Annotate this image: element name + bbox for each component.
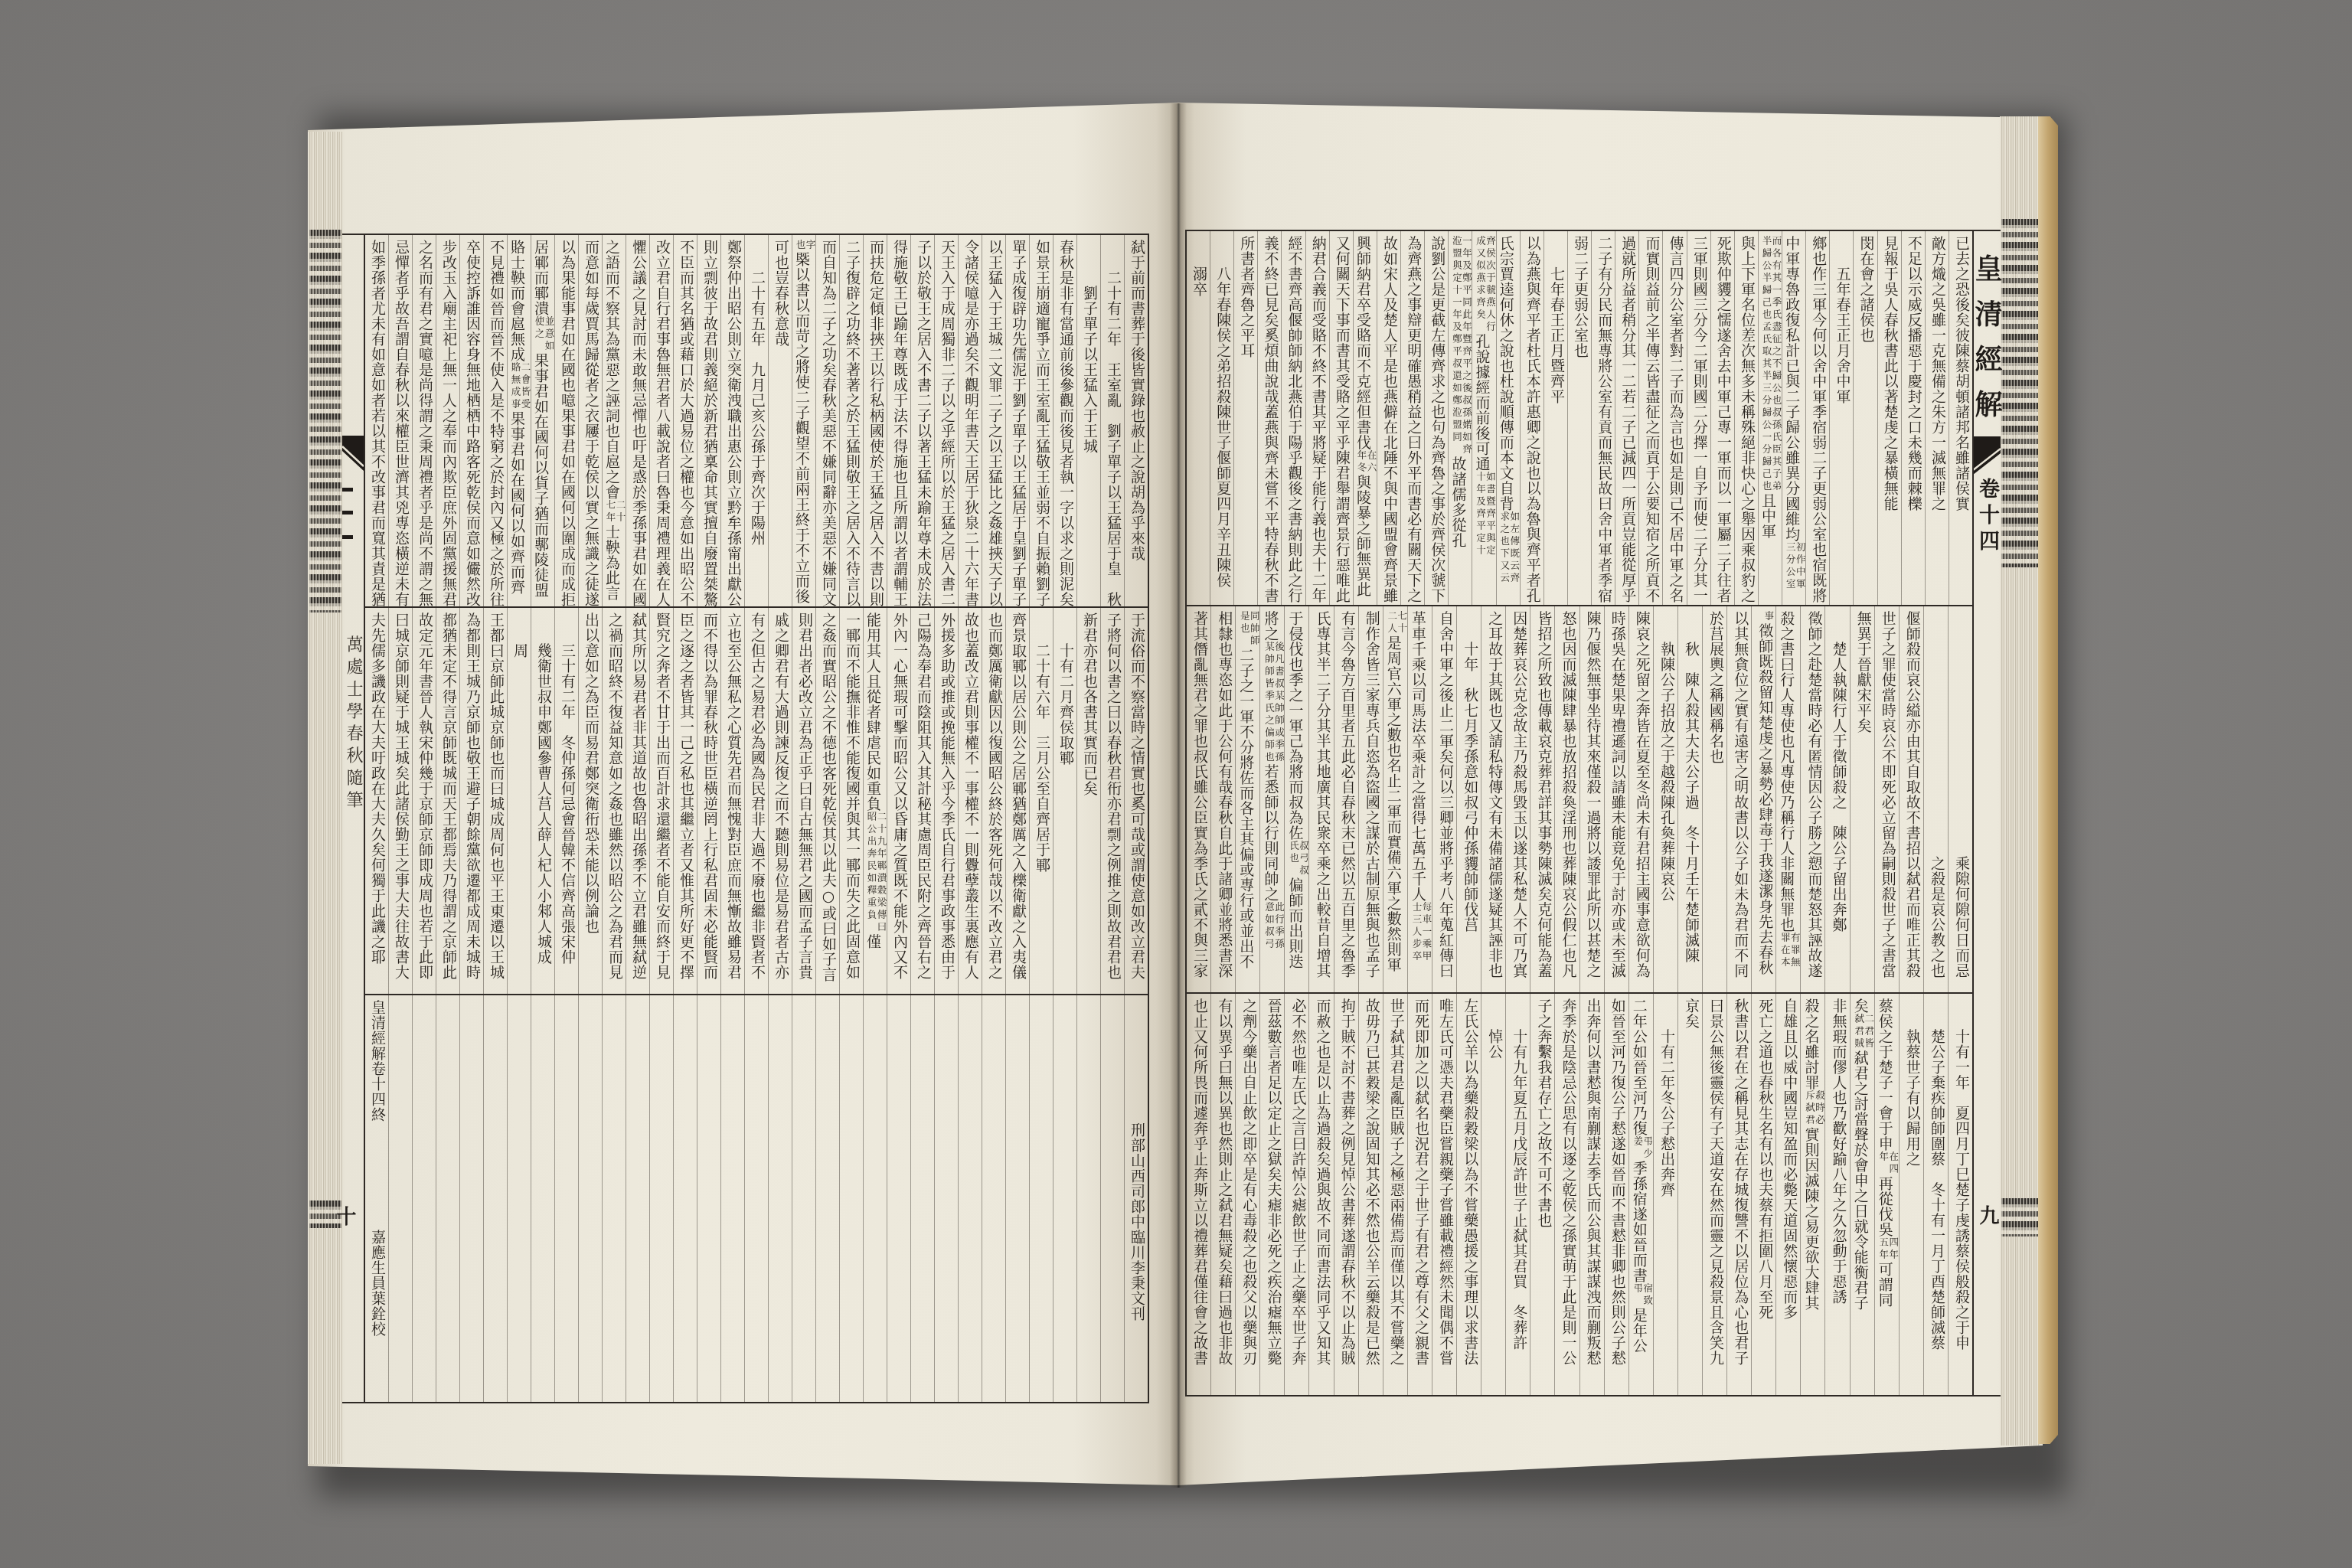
- stack-tick-mark: [342, 488, 353, 492]
- main-text: 也止又何所畏而遽奔乎止奔斯立以禮葬君僅往會之故書: [1191, 998, 1208, 1366]
- text-column: [1029, 995, 1053, 1402]
- text-column: 王都曰京師此城京師也而曰城成周何也平王東遷以王城: [483, 608, 507, 994]
- text-column: 秋 陳人殺其大夫公子過 冬十月壬午楚師滅陳: [1677, 606, 1702, 992]
- stack-tick-mark: [342, 511, 353, 514]
- text-column: [626, 995, 649, 1402]
- main-text: 出奔何以書慭與南蒯謀去季氏而公與其謀謀洩而蒯叛慭: [1585, 998, 1602, 1366]
- text-column: 陳哀之死留之奔皆在夏至冬尚未有君招主國事意欲何為: [1628, 606, 1653, 992]
- text-column: 相隸也專恣如此于公何有哉春秋自此于諸卿並將悉書深: [1210, 606, 1235, 992]
- main-text: 不見禮如晉而晉不使入是不特窮之於封內又極之於所往: [488, 240, 505, 606]
- text-column: 刑部山西司郎中臨川李秉文刊: [1124, 995, 1148, 1402]
- text-column: 之殺是哀公教之也: [1923, 606, 1948, 992]
- text-column: 卒使控訴誰因容身無地栖栖中路客死乾侯而意如儼然改: [459, 235, 483, 606]
- main-text: 令諸侯噫是亦過矣不觀明年書天王居于狄泉二十六年書: [962, 240, 979, 606]
- main-text: 都猶未定不得言京師既城而天王都焉夫乃得謂之京師此: [440, 612, 457, 980]
- main-text: 而實則益前之半傳云皆盡征之而貢于公要知宿之所貢不: [1643, 236, 1660, 603]
- main-text: 必不然也唯左氏之言曰許悼公瘧飲世子止之藥卒世子奔: [1289, 998, 1306, 1366]
- text-column: 有言今魯方百里者五此必自春秋末已然以五百里之魯季: [1334, 606, 1358, 992]
- annotation-note: 二會皆受賂無成事: [511, 362, 531, 411]
- banxin-volume-number: 卷十四: [1975, 478, 1999, 556]
- annotation-note: 每車一乘甲士三人步卒: [1412, 902, 1432, 963]
- fish-tail-mark-icon: [1973, 436, 2001, 475]
- main-text: 賢究之奔者不甘于出而百計求還繼者不能自安而終于見: [654, 612, 671, 980]
- text-column: [1005, 995, 1029, 1402]
- main-text: 可謂同: [1877, 1262, 1893, 1308]
- main-text: 再從伐吳: [1877, 1176, 1893, 1237]
- text-column: 春秋是非有當通前後參觀而後見者執一字以求之則泥矣: [1053, 235, 1076, 606]
- annotation-note: 有罪無罪在本: [1780, 933, 1800, 969]
- text-column: [1100, 995, 1124, 1402]
- main-text: 能用其人且從者肆虐民如重負: [864, 612, 881, 812]
- text-column: 過就所益者稍分其一二若二子已減四一所貢豈能從厚乎: [1615, 231, 1638, 605]
- main-text: 步改玉入廟主祀上無一人之奉而內欺臣庶外固黨援無君: [440, 240, 457, 606]
- text-column: 不見禮如晉而晉不使入是不特窮之於封內又極之於所往: [483, 235, 507, 606]
- text-column: 時孫吳在楚果卑禮遜詞以請雖未能竟免于討亦或未至滅: [1604, 606, 1628, 992]
- text-column: 之耳故于其既也又請私特傳文有未備諸儒遂疑其誣非也: [1481, 606, 1505, 992]
- main-text: 革車千乘以司馬法卒乘計之當得七萬五千人: [1410, 611, 1426, 902]
- text-column: 納君合義而受賂不終不書其平將疑于能行義也夫十二年: [1305, 231, 1329, 605]
- text-column: 以為燕與齊平者杜氏本許惠卿之說也以為魯與齊平者孔: [1520, 231, 1543, 605]
- text-column: [388, 995, 412, 1402]
- text-column: 於莒展輿之稱國稱名也: [1702, 606, 1726, 992]
- main-text: 死亡之道也春秋生名有以也夫蔡有拒圍八月至死: [1756, 998, 1773, 1320]
- text-column: 秋書以君在之稱見其志在存城復讐不以居位為心也君子: [1726, 994, 1751, 1395]
- right-stack-ink-bleed: [2001, 219, 2038, 567]
- text-column: 臣之逐之者皆其一己之私也其繼立者又惟其所好更不擇: [673, 608, 697, 994]
- text-column: 外援多助或推或挽能無入乎今季氏自行君事政事悉由于: [934, 608, 958, 994]
- main-text: 士鞅為此言: [603, 524, 620, 601]
- annotation-note: 四年五年: [1879, 1237, 1899, 1262]
- text-column: 自舍中軍之後止二軍矣何以三卿並將乎考八年蒐紅傳曰: [1432, 606, 1456, 992]
- main-text: 忌憚者乎故吾謂自春秋以來權臣世濟其兇專恣橫逆未有: [393, 240, 410, 606]
- text-column: 如季孫者尤未有如意如者若以其不改事君而寬其責是猶: [365, 235, 388, 606]
- main-text: 而死即加之以弑名也況君之于世子有君之尊有父之親書: [1413, 998, 1429, 1366]
- main-text: 于侵伐也季之一軍己為將而叔為佐: [1286, 611, 1303, 841]
- text-column: 弱二子更弱公室也: [1567, 231, 1591, 605]
- text-column: 而自知為二子之功矣春秋美惡不嫌同辭亦美惡不嫌同文: [815, 235, 839, 606]
- text-column: 一鄆而不能撫非惟不能復國并與其一鄆而失之此固意如: [839, 608, 863, 994]
- text-column: [982, 995, 1005, 1402]
- text-column: [459, 995, 483, 1402]
- text-column: 子將何以書之曰以春秋君衎亦君剽之例推之則故君君也: [1100, 608, 1124, 994]
- main-text: 子以於敬王之居入不書二子以著王猛未踰年尊未成於法: [915, 240, 932, 606]
- main-text: 出以意如之為臣而易君鄭突衛衎恐未能以例論也: [583, 612, 599, 934]
- text-column: 外內一心無瑕可擊而昭公又以昏庸之質既不能外內又不: [887, 608, 910, 994]
- text-column: 已去之恐後矣彼陳蔡胡頓諸邦名雖諸侯實: [1949, 231, 1972, 605]
- text-column: [815, 995, 839, 1402]
- main-text: 徵師既殺留知楚虔之暴勢必肆毒于我遂潔身先去春秋: [1756, 623, 1773, 975]
- main-text: 之殺是哀公教之也: [1929, 611, 1945, 978]
- text-column: 所書者齊魯之平耳: [1233, 231, 1257, 605]
- text-column: 以其無貪位之實有遠害之明故書以公子如未為君而不同: [1726, 606, 1751, 992]
- text-column: 可也豈春秋意哉: [768, 235, 792, 606]
- main-text: 果事君如在國何以如齊而齊: [508, 411, 525, 595]
- text-column: 出以意如之為臣而易君鄭突衛衎恐未能以例論也: [578, 608, 602, 994]
- text-column: 二十有六年 三月公至自齊居于鄆: [1029, 608, 1053, 994]
- text-column: 賂士鞅而會扈無成二會皆受賂無成事果事君如在國何以如齊而齊: [507, 235, 531, 606]
- main-text: 為都則王城乃京師也敬王避子朝餘黨欲遷都成周未城時: [464, 612, 481, 980]
- text-column: 將之後凡書叔某帥師或季孫某帥師皆季氏之偏師也若悉師以行則同帥之此行季孫意如叔弓: [1259, 606, 1284, 992]
- left-page-frame: 弑于前而書葬于後皆實錄也赦止之說胡為乎來哉 二十有二年 王室亂 劉子單子以王猛居…: [364, 234, 1149, 1403]
- text-column: 弑于前而書葬于後皆實錄也赦止之說胡為乎來哉: [1124, 235, 1148, 606]
- main-text: 是周官六軍之數也名止二軍而實備六軍之數然則軍: [1385, 635, 1402, 972]
- text-column: 必不然也唯左氏之言曰許悼公瘧飲世子止之藥卒世子奔: [1284, 994, 1308, 1395]
- text-column: 五年春王正月舍中軍: [1829, 231, 1853, 605]
- annotation-note: 在六年冬: [1357, 450, 1377, 475]
- text-column: 也止又何所畏而遽奔乎止奔斯立以禮葬君僅往會之故書: [1187, 994, 1210, 1395]
- text-column: 二十有五年 九月己亥公孫于齊次于陽州: [744, 235, 768, 606]
- annotation-note: 事: [1764, 611, 1774, 623]
- text-column: 二十有二年 王室亂 劉子單子以王猛居于皇 秋: [1100, 235, 1124, 606]
- text-column: 義不終已見矣奚煩曲說哉蓋燕與齊未嘗不平特春秋不書: [1257, 231, 1281, 605]
- main-text: 如晉至河乃復公子慭遂如晉而不書慭非卿也然則公子慭: [1609, 998, 1626, 1366]
- text-column: [649, 995, 673, 1402]
- main-text: 天王入于成周獨非二子以之乎經所以於王猛之居入書二: [939, 240, 955, 606]
- text-column: 悼公: [1481, 994, 1505, 1395]
- main-text: 果事君如在國何以貨子猶而鄟陵徒盟: [532, 353, 549, 598]
- main-text: 十有一年 夏四月丁巳楚子虔誘蔡侯般殺之于申: [1953, 998, 1970, 1351]
- main-text: 子將何以書之曰以春秋君衎亦君剽之例推之則故君君也: [1105, 612, 1122, 980]
- main-text: 十有九年夏五月戊辰許世子止弑其君買 冬葬許: [1511, 998, 1527, 1351]
- main-text: 納君合義而受賂不終不書其平將疑于能行義也夫十二年: [1310, 236, 1327, 603]
- main-text: 而意如每歲賈馬歸從者之衣屨于乾侯以實之無識之徒遂: [583, 240, 599, 606]
- main-text: 故諸儒多從孔: [1449, 456, 1466, 548]
- text-column: 之語而不察其為黨惡之誣詞也自扈之會二十七年士鞅為此言: [602, 235, 626, 606]
- text-column: [934, 995, 958, 1402]
- text-column: 都猶未定不得言京師既城而天王都焉夫乃得謂之京師此: [436, 608, 459, 994]
- main-text: 蔡侯之于楚子一會于申: [1877, 998, 1893, 1151]
- main-text: 五年春王正月舍中軍: [1834, 236, 1851, 404]
- text-column: [887, 995, 910, 1402]
- text-column: 三軍則國三分今二軍則國二分擇一自予而使二子分其一: [1687, 231, 1710, 605]
- left-banxin-strip: 萬處士學春秋隨筆 十: [342, 234, 364, 1403]
- annotation-note: 此行季孫意如叔弓: [1264, 902, 1284, 951]
- annotation-note: 殺時必斥弑君: [1805, 1090, 1824, 1127]
- main-text: 非無瑕而僇人也乃歡好踰八年之久忽動于惡誘: [1831, 998, 1847, 1305]
- text-column: 拘于賊不討不書葬之例見悼公書葬遂謂春秋不以止為賊: [1334, 994, 1358, 1395]
- text-column: 因楚葬哀公克念故主乃殺馬毀玉以遂其私楚人不可乃寘: [1505, 606, 1530, 992]
- text-column: [554, 995, 578, 1402]
- main-text: 皇清經解卷十四終 嘉應生員葉銓校: [369, 1000, 386, 1337]
- text-column: 字也槩以書以而苛之將使二子觀望不前兩王終于不立而後: [792, 235, 815, 606]
- text-column: 之姦而實昭公之不德也客死乾侯其以此夫○或曰如子言: [815, 608, 839, 994]
- main-text: 戚之卿君有大過則諫反復之而不聽則易位是易君者古亦: [773, 612, 789, 980]
- text-column: 為都則王城乃京師也敬王避子朝餘黨欲遷都成周未城時: [459, 608, 483, 994]
- main-text: 自雄且以威中國豈知盈而必斃天道固然懷惡而多: [1781, 998, 1798, 1320]
- text-column: 曰景公無後靈侯有子天道安在然而靈之見殺景且含笑九: [1702, 994, 1726, 1395]
- main-text: 曰景公無後靈侯有子天道安在然而靈之見殺景且含笑九: [1707, 998, 1724, 1366]
- main-text: 無異于晉獻宋平矣: [1855, 611, 1872, 733]
- text-column: [412, 995, 436, 1402]
- text-column: 鄭祭仲出昭公則立突衛洩職出惠公則立黔牟孫甯出獻公: [720, 235, 744, 606]
- text-column: 以為果能事君如在國也噫果事君如在國何以圍成而成拒: [554, 235, 578, 606]
- text-column: [436, 995, 459, 1402]
- text-column: 十有二月齊侯取鄆: [1053, 608, 1076, 994]
- text-column: 又何關天下事而書其受賂之平乎陳君舉謂齊景行惡唯此: [1329, 231, 1353, 605]
- main-text: 賂士鞅而會扈無成: [508, 240, 525, 362]
- main-text: 刑部山西司郎中臨川李秉文刊: [1129, 1000, 1145, 1321]
- fish-tail-mark-icon: [342, 436, 364, 471]
- page-number: 九: [1976, 1205, 1999, 1225]
- main-text: 氏宗賈逵何休之說也杜說順傳而本文自背: [1498, 236, 1514, 511]
- text-column: 得施敬王已踰年尊既成于法不得施也且所謂以者謂輔王: [887, 235, 910, 606]
- text-column: 十有一年 夏四月丁巳楚子虔誘蔡侯般殺之于申: [1948, 994, 1972, 1395]
- main-text: 傳言四分公室者對二子而為言也如是則己不居中軍之名: [1668, 236, 1684, 603]
- main-text: 之劑今藥出自止飲之即卒是有心毒殺之也殺父以藥與刃: [1240, 998, 1257, 1366]
- main-text: 說劉公是更截左傳齊求之也句為齊魯之事於齊侯次虢下: [1429, 236, 1445, 603]
- main-text: 不足以示威反播惡于慶封之口未幾而棘櫟: [1906, 236, 1922, 511]
- main-text: 左氏公羊以為藥殺穀梁以為不嘗藥愚援之事理以求書法: [1462, 998, 1478, 1366]
- main-text: 楚公子棄疾帥師圍蔡 冬十有一月丁酉楚師滅蔡: [1929, 998, 1945, 1351]
- main-text: 以為果能事君如在國也噫果事君如在國何以圍成而成拒: [559, 240, 576, 606]
- main-text: 三軍則國三分今二軍則國二分擇一自予而使二子分其一: [1691, 236, 1708, 603]
- annotation-note: 齊侯次于虢燕人行成又似燕求齊矣: [1476, 236, 1496, 334]
- text-column: [1076, 995, 1100, 1402]
- main-text: 故也蓋改立君則事權不一事權不一則釁孽叢生裏應有人: [962, 612, 979, 980]
- main-text: 則君出者必改立君為正乎曰自古無無君之國而孟子言貴: [796, 612, 813, 980]
- main-text: 不臣而其名猶或藉口於大過易位之權也今意如出昭公不: [678, 240, 694, 606]
- text-column: 皇清經解卷十四終 嘉應生員葉銓校: [365, 995, 388, 1402]
- main-text: 世子弑其君是亂臣賊子之極惡兩備焉而僅以其不嘗藥之: [1388, 998, 1405, 1366]
- text-column: 左氏公羊以為藥殺穀梁以為不嘗藥愚援之事理以求書法: [1456, 994, 1481, 1395]
- annotation-note: 在四年: [1879, 1151, 1899, 1176]
- main-text: 而不得以為罪春秋時世臣橫逆罔上行私君固未必能賢而: [701, 612, 718, 980]
- main-text: 中軍專魯政復私計已與二子歸公雖異分國維均: [1783, 236, 1800, 542]
- text-column: 而死即加之以弑名也況君之于世子有君之尊有父之親書: [1407, 994, 1432, 1395]
- text-column: 陳乃偃然無事坐待其來僅殺一過將以諉罪此所以甚楚之: [1579, 606, 1604, 992]
- main-text: 乘隙何隙何日而忌: [1953, 611, 1970, 978]
- text-column: 殺之名雖討罪殺時必斥弑君實則因滅陳之易更欲大肆其: [1800, 994, 1824, 1395]
- text-column: 中軍專魯政復私計已與二子歸公雖異分國維均初作中軍三分公室: [1782, 231, 1805, 605]
- main-text: 所書者齊魯之平耳: [1238, 236, 1255, 358]
- text-column: 出奔何以書慭與南蒯謀去季氏而公與其謀謀洩而蒯叛慭: [1579, 994, 1604, 1395]
- text-column: 二子復辟之功終不著著之於王猛則敬王之居入不待言以: [839, 235, 863, 606]
- main-text: 鄉也作三軍今何以舍中軍季宿弱二子更弱公室也宿既將: [1810, 236, 1827, 603]
- text-column: 單子成復辟功先儒泥于劉子單子以王猛居于皇劉子單子: [1005, 235, 1029, 606]
- text-column: 晉茲數言者足以定止之獄矣夫瘧非必死之疾治瘧無立斃: [1259, 994, 1284, 1395]
- main-text: 自舍中軍之後止二軍矣何以三卿並將乎考八年蒐紅傳曰: [1437, 611, 1454, 978]
- main-text: 且中軍: [1759, 493, 1776, 539]
- main-text: 怒也因而滅陳肆暴也放招殺奐淫刑也葬陳哀公假仁也凡: [1560, 611, 1577, 978]
- main-text: 周: [511, 612, 528, 658]
- main-text: 世子之罪使當時哀公不即死必立留為嗣則殺世子之書當: [1880, 611, 1896, 978]
- right-banxin-strip: 皇清經解 卷十四 九: [1973, 230, 2001, 1396]
- text-column: [744, 995, 768, 1402]
- main-text: 故定元年書晉人執宋仲幾于京師京師即成周也若于此即: [416, 612, 433, 980]
- main-text: 見報于吳人春秋書此以著楚虔之暴橫無能: [1882, 236, 1899, 511]
- text-column: 十有二年冬公子慭出奔齊: [1653, 994, 1677, 1395]
- main-text: 臣之逐之者皆其一己之私也其繼立者又惟其所好更不擇: [678, 612, 694, 980]
- text-column: 令諸侯噫是亦過矣不觀明年書天王居于狄泉二十六年書: [958, 235, 982, 606]
- main-text: 有之但古之易君必為國為民君非大過不廢也繼非賢者不: [749, 612, 766, 980]
- main-text: 經不書齊高偃帥師納北燕伯于陽乎觀後之書納則此之行: [1286, 236, 1303, 603]
- text-column: 不臣而其名猶或藉口於大過易位之權也今意如出昭公不: [673, 235, 697, 606]
- main-text: 是年公: [1631, 1308, 1648, 1354]
- main-text: 拘于賊不討不書葬之例見悼公書葬遂謂春秋不以止為賊: [1339, 998, 1356, 1366]
- text-column: 偃師殺而哀公縊亦由其自取故不書招以弑君而唯正其殺: [1899, 606, 1923, 992]
- text-column: 曰城京師則疑于城王城矣此諸侯勤王之事大夫往故書大: [388, 608, 412, 994]
- main-text: 居鄆而鄆潰: [532, 240, 549, 316]
- main-text: 夫先儒多譏政在大夫吁政在大夫久矣何獨于此譏之耶: [369, 612, 386, 965]
- text-column: 氏宗賈逵何休之說也杜說順傳而本文自背如左傳既云齊求之也下又云: [1496, 231, 1520, 605]
- main-text: 於莒展輿之稱國稱名也: [1707, 611, 1724, 764]
- main-text: 七年春王正月暨齊平: [1548, 236, 1565, 404]
- main-text: 著其僭亂無君之罪也叔氏雖公臣實為季氏之貳不與三家: [1191, 611, 1208, 978]
- text-column: 蔡侯之于楚子一會于申在四年再從伐吳四年五年可謂同: [1874, 994, 1899, 1395]
- main-text: 孔說據經而前後可通: [1474, 334, 1491, 472]
- text-column: [1053, 995, 1076, 1402]
- text-column: 二子有分民而無專將公室有貢而無民故曰舍中軍者季宿: [1591, 231, 1615, 605]
- main-text: 奔季於是陰忌公思有以逐之乾侯之孫實萌于此是則一公: [1560, 998, 1577, 1366]
- main-text: 將之: [1262, 611, 1279, 642]
- main-text: 而自知為二子之功矣春秋美惡不嫌同辭亦美惡不嫌同文: [820, 240, 837, 606]
- text-column: 事徵師既殺留知楚虔之暴勢必肆毒于我遂潔身先去春秋: [1751, 606, 1775, 992]
- text-column: 也而鄭厲衛獻因以復國昭公終於客死何哉以不改立君之: [982, 608, 1005, 994]
- main-text: 實則因滅陳之易更欲大肆其: [1802, 1127, 1819, 1311]
- text-column: 幾衛世叔申鄭國參曹人莒人薛人杞人小邾人城成: [531, 608, 554, 994]
- main-text: 二十有二年 王室亂 劉子單子以王猛居于皇 秋: [1105, 240, 1122, 606]
- main-text: 偏師而出則迭: [1286, 877, 1303, 969]
- text-register: 十有一年 夏四月丁巳楚子虔誘蔡侯般殺之于申 楚公子棄疾帥師圍蔡 冬十有一月丁酉楚…: [1187, 992, 1972, 1395]
- main-text: 悼公: [1486, 998, 1503, 1060]
- text-column: 十年 秋七月季孫意如叔弓仲孫貜帥師伐莒: [1456, 606, 1481, 992]
- main-text: 陳哀之死留之奔皆在夏至冬尚未有君招主國事意欲何為: [1634, 611, 1651, 978]
- text-column: [507, 995, 531, 1402]
- text-column: 乘隙何隙何日而忌: [1948, 606, 1972, 992]
- main-text: 己陽為奉君而陰阻其入其計秘其慮周臣民附之齊晉右之: [915, 612, 932, 980]
- text-column: 興師納君卒受賂而不克經但書伐在六年冬與陵暴之師無異此: [1353, 231, 1377, 605]
- main-text: 以其無貪位之實有遠害之明故書以公子如未為君而不同: [1732, 611, 1749, 978]
- text-column: 于流俗而不察當時之情實也奚可哉或謂使意如改立君夫: [1124, 608, 1148, 994]
- main-text: 也而鄭厲衛獻因以復國昭公終於客死何哉以不改立君之: [986, 612, 1003, 980]
- main-text: 弑其所以易君者非其道故也魯昭出孫季不立君雖無弑逆: [630, 612, 647, 980]
- text-column: [531, 995, 554, 1402]
- main-text: 唯左氏可憑夫君藥臣嘗親藥子嘗雖載禮經然未聞偶不嘗: [1437, 998, 1454, 1366]
- main-text: 十年 秋七月季孫意如叔弓仲孫貜帥師伐莒: [1462, 611, 1478, 933]
- text-column: 一年及鄭平同此年暨齊平之後叔孫婼如齊涖盟與定十一年及鄭平叔還如鄭涖盟同故諸儒多從…: [1448, 231, 1472, 605]
- annotation-note: 叔弓叔氏也: [1289, 841, 1308, 877]
- book-spine: [1170, 103, 1187, 1488]
- text-column: 天王入于成周獨非二子以之乎經所以於王猛之居入書二: [934, 235, 958, 606]
- left-stack-ink-bleed: [309, 230, 341, 612]
- annotation-note: 二十七年: [606, 500, 626, 524]
- annotation-note: 宿致弔: [1633, 1283, 1653, 1308]
- main-text: 弑于前而書葬于後皆實錄也赦止之說胡為乎來哉: [1129, 240, 1145, 561]
- main-text: 之名而有君之實噫是尚得謂之秉周禮者乎是尚不謂之無: [416, 240, 433, 606]
- main-text: 得施敬王已踰年尊既成于法不得施也且所謂以者謂輔王: [891, 240, 908, 606]
- annotation-note: 一年及鄭平同此年暨齊平之後叔孫婼如齊涖盟與定十一年及鄭平叔還如鄭涖盟同: [1452, 236, 1472, 456]
- text-column: 與上下軍名位差次無多未稱殊絕非快心之舉因乘叔豹之: [1734, 231, 1758, 605]
- main-text: 為齊燕之事辯更明確愚稍益之曰外平而書必有關天下之: [1405, 236, 1422, 603]
- main-text: 楚人執陳行人于徵師殺之 陳公子留出奔鄭: [1831, 611, 1847, 933]
- main-text: 十有二年冬公子慭出奔齊: [1658, 998, 1675, 1197]
- text-column: 如景王崩適寵爭立而王室亂王猛敬王並弱不自振賴劉子: [1029, 235, 1053, 606]
- main-text: 已去之恐後矣彼陳蔡胡頓諸邦名雖諸侯實: [1953, 236, 1970, 511]
- text-column: 制作舍皆三家專兵自恣為盜國之謀於古制原無與也孟子: [1358, 606, 1383, 992]
- main-text: 故如宋人及楚人平是也燕僻在北陲不與中國盟會齊景雖: [1381, 236, 1398, 603]
- text-column: 賢究之奔者不甘于出而百計求還繼者不能自安而終于見: [649, 608, 673, 994]
- text-column: 而扶危定傾非挾王以行私柄國使於王猛之居入不書以則: [863, 235, 887, 606]
- text-column: 以王猛入于王城二文罪二子之以王猛比之姦雄挾天子以: [982, 235, 1005, 606]
- text-column: 唯左氏可憑夫君藥臣嘗親藥子嘗雖載禮經然未聞偶不嘗: [1432, 994, 1456, 1395]
- main-text: 弱二子更弱公室也: [1572, 236, 1589, 358]
- main-text: 槩以書以而苛之將使二子觀望不前兩王終于不立而後: [793, 252, 810, 604]
- main-text: 與陵暴之師無異此: [1354, 475, 1371, 597]
- text-column: [697, 995, 720, 1402]
- text-register: 于流俗而不察當時之情實也奚可哉或謂使意如改立君夫 子將何以書之曰以春秋君衎亦君剽…: [365, 606, 1148, 994]
- text-column: 氏專其半二子分其半其地廣其民衆卒乘之出較昔自增其: [1308, 606, 1333, 992]
- text-column: 溺卒: [1187, 231, 1210, 605]
- text-column: 執陳公子招放之于越殺陳孔奐葬陳哀公: [1653, 606, 1677, 992]
- text-column: 故毋乃已甚穀梁之說固知其必不然也公羊云藥殺是已然: [1358, 994, 1383, 1395]
- main-text: 改立君自行君事魯無君者八載說者曰魯秉周禮理義在人: [654, 240, 671, 606]
- annotation-note: 弔少姜: [1633, 1136, 1653, 1161]
- main-text: 二十有五年 九月己亥公孫于齊次于陽州: [749, 240, 766, 546]
- main-text: 有以異乎曰無以異也然則止之弑君無疑矣藉曰過也非故: [1216, 998, 1233, 1366]
- text-column: 殺之書曰行人專使也凡專使乃稱行人非關無罪也有罪無罪在本: [1775, 606, 1800, 992]
- text-register: 乘隙何隙何日而忌 之殺是哀公教之也 偃師殺而哀公縊亦由其自取故不書招以弑君而唯正…: [1187, 605, 1972, 992]
- text-column: 無異于晉獻宋平矣: [1850, 606, 1874, 992]
- main-text: 京矣: [1683, 998, 1700, 1029]
- text-column: 于侵伐也季之一軍己為將而叔為佐叔弓叔氏也偏師而出則迭: [1284, 606, 1308, 992]
- text-column: [839, 995, 863, 1402]
- text-column: 之禍而昭終不復益知意如之姦也雖然以昭公之為君而見: [602, 608, 626, 994]
- text-column: 傳言四分公室者對二子而為言也如是則己不居中軍之名: [1662, 231, 1686, 605]
- text-column: 如晉至河乃復公子慭遂如晉而不書慭非卿也然則公子慭: [1604, 994, 1628, 1395]
- text-column: 七年春王正月暨齊平: [1543, 231, 1567, 605]
- text-column: 弑其所以易君者非其道故也魯昭出孫季不立君雖無弑逆: [626, 608, 649, 994]
- text-column: [673, 995, 697, 1402]
- text-column: 故也蓋改立君則事權不一事權不一則釁孽叢生裏應有人: [958, 608, 982, 994]
- text-column: 京矣: [1677, 994, 1702, 1395]
- text-column: 非無瑕而僇人也乃歡好踰八年之久忽動于惡誘: [1824, 994, 1849, 1395]
- main-text: 鄭祭仲出昭公則立突衛洩職出惠公則立黔牟孫甯出獻公: [725, 240, 742, 606]
- text-column: 而各有其一季氏盡征之不歸公也叔孫氏臣其子弟半歸公半歸己也孟氏取其半三分歸公一分歸…: [1758, 231, 1782, 605]
- main-text: 王都曰京師此城京師也而曰城成周何也平王東遷以王城: [488, 612, 505, 980]
- main-text: 懼公議之見討而未敢無忌憚也吁是惑於季孫事君如在國: [630, 240, 647, 606]
- main-text: 又何關天下事而書其受賂之平乎陳君舉謂齊景行惡唯此: [1334, 236, 1351, 603]
- text-column: 而不得以為罪春秋時世臣橫逆罔上行私君固未必能賢而: [697, 608, 720, 994]
- text-column: 之名而有君之實噫是尚得謂之秉周禮者乎是尚不謂之無: [412, 235, 436, 606]
- text-column: 戚之卿君有大過則諫反復之而不聽則易位是易君者古亦: [768, 608, 792, 994]
- main-text: 春秋是非有當通前後參觀而後見者執一字以求之則泥矣: [1057, 240, 1074, 606]
- text-column: 鄉也作三軍今何以舍中軍季宿弱二子更弱公室也宿既將: [1805, 231, 1829, 605]
- text-column: [792, 995, 815, 1402]
- banxin-book-title: 萬處士學春秋隨筆: [343, 635, 363, 813]
- main-text: 徵師之赴楚當時必有匿情因公子勝之愬而楚怒其誣故遂: [1805, 611, 1822, 978]
- text-column: [768, 995, 792, 1402]
- text-column: 自雄且以威中國豈知盈而必斃天道固然懷惡而多: [1775, 994, 1800, 1395]
- main-text: 閔在會之諸侯也: [1858, 236, 1875, 343]
- text-column: 世子弑其君是亂臣賊子之極惡兩備焉而僅以其不嘗藥之: [1383, 994, 1407, 1395]
- main-text: 八年春陳侯之弟招殺陳世子偃師夏四月辛丑陳侯: [1214, 236, 1231, 588]
- text-column: 齊侯次于虢燕人行成又似燕求齊矣孔說據經而前後可通如書暨齊平與定十年及齊平定十: [1472, 231, 1495, 605]
- text-column: 改立君自行君事魯無君者八載說者曰魯秉周禮理義在人: [649, 235, 673, 606]
- text-column: 楚人執陳行人于徵師殺之 陳公子留出奔鄭: [1824, 606, 1849, 992]
- main-text: 秋 陳人殺其大夫公子過 冬十月壬午楚師滅陳: [1683, 611, 1700, 963]
- annotation-note: 如書暨齊平與定十年及齊平定十: [1476, 472, 1496, 557]
- main-text: 敵方熾之吳雖一克無備之朱方一滅無罪之: [1929, 236, 1946, 511]
- text-column: 故如宋人及楚人平是也燕僻在北陲不與中國盟會齊景雖: [1377, 231, 1400, 605]
- main-text: 則立剽彼于故君則義絕於新君猶稟命其實擅自廢置桀驁: [701, 240, 718, 606]
- main-text: 外內一心無瑕可擊而昭公又以昏庸之質既不能外內又不: [891, 612, 908, 980]
- text-column: 革車千乘以司馬法卒乘計之當得七萬五千人每車一乘甲士三人步卒: [1407, 606, 1432, 992]
- main-text: 弑君之討當聲於會申之日就令能衡君子: [1852, 1050, 1869, 1311]
- main-text: 矣: [1852, 998, 1869, 1014]
- text-column: 不足以示威反播惡于慶封之口未幾而棘櫟: [1901, 231, 1925, 605]
- main-text: 執蔡世子有以歸用之: [1904, 998, 1921, 1167]
- main-text: 殺之書曰行人專使也凡專使乃稱行人非關無罪也: [1778, 611, 1795, 933]
